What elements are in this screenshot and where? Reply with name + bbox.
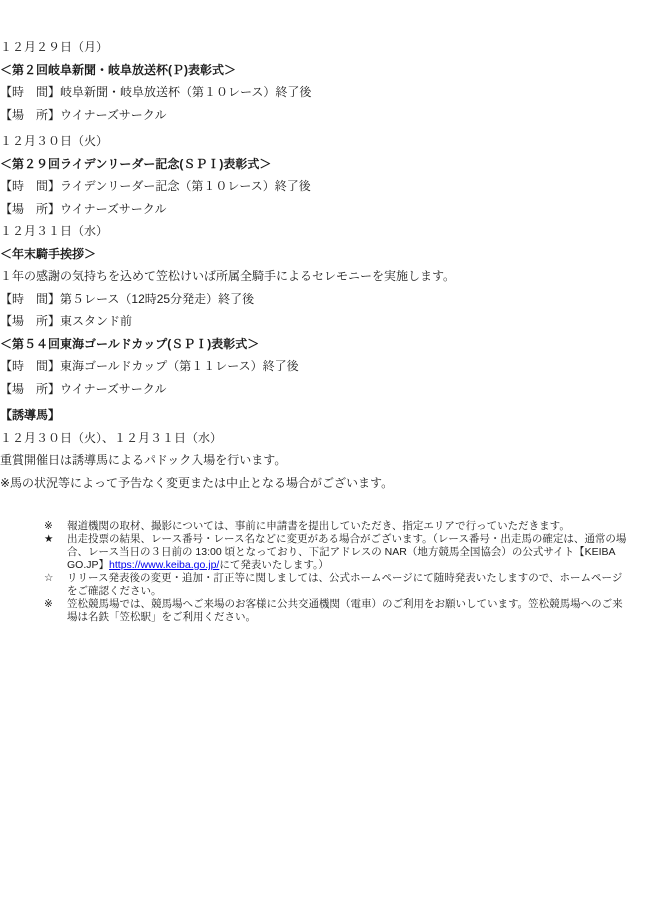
- event-title: ＜年末騎手挨拶＞: [0, 243, 648, 266]
- event-time: 【時 間】ライデンリーダー記念（第１０レース）終了後: [0, 175, 648, 198]
- note-item: ★ 出走投票の結果、レース番号・レース名などに変更がある場合がございます。（レー…: [44, 533, 628, 572]
- guide-horse-dates: １２月３０日（火）、１２月３１日（水）: [0, 427, 648, 450]
- event-title: ＜第２９回ライデンリーダー記念(ＳＰＩ)表彰式＞: [0, 153, 648, 176]
- note-marker: ★: [44, 533, 67, 546]
- keiba-link[interactable]: https://www.keiba.go.jp/: [109, 559, 219, 571]
- guide-horse-line: ※馬の状況等によって予告なく変更または中止となる場合がございます。: [0, 472, 648, 495]
- event-time: 【時 間】東海ゴールドカップ（第１１レース）終了後: [0, 355, 648, 378]
- event-block-dec30: １２月３０日（火） ＜第２９回ライデンリーダー記念(ＳＰＩ)表彰式＞ 【時 間】…: [0, 130, 648, 220]
- note-text: 出走投票の結果、レース番号・レース名などに変更がある場合がございます。（レース番…: [67, 533, 628, 572]
- note-text-after: にて発表いたします。）: [219, 559, 328, 571]
- note-marker: ※: [44, 598, 67, 611]
- event-title: ＜第２回岐阜新聞・岐阜放送杯(Ｐ)表彰式＞: [0, 59, 648, 82]
- event-block-tokai-gold-cup: ＜第５４回東海ゴールドカップ(ＳＰＩ)表彰式＞ 【時 間】東海ゴールドカップ（第…: [0, 333, 648, 401]
- note-marker: ※: [44, 520, 67, 533]
- note-text: 報道機関の取材、撮影については、事前に申請書を提出していただき、指定エリアで行っ…: [67, 520, 628, 533]
- event-date: １２月３１日（水）: [0, 220, 648, 243]
- event-date: １２月３０日（火）: [0, 130, 648, 153]
- event-block-dec31-greeting: １２月３１日（水） ＜年末騎手挨拶＞ １年の感謝の気持ちを込めて笠松けいば所属全…: [0, 220, 648, 333]
- document-page: １２月２９日（月） ＜第２回岐阜新聞・岐阜放送杯(Ｐ)表彰式＞ 【時 間】岐阜新…: [0, 0, 648, 917]
- event-place: 【場 所】ウイナーズサークル: [0, 104, 648, 127]
- note-marker: ☆: [44, 572, 67, 585]
- note-text: 笠松競馬場では、競馬場へご来場のお客様に公共交通機関（電車）のご利用をお願いして…: [67, 598, 628, 624]
- event-block-dec29: １２月２９日（月） ＜第２回岐阜新聞・岐阜放送杯(Ｐ)表彰式＞ 【時 間】岐阜新…: [0, 36, 648, 126]
- guide-horse-section: 【誘導馬】 １２月３０日（火）、１２月３１日（水） 重賞開催日は誘導馬によるパド…: [0, 404, 648, 494]
- event-place: 【場 所】ウイナーズサークル: [0, 198, 648, 221]
- event-time: 【時 間】第５レース（12時25分発走）終了後: [0, 288, 648, 311]
- event-place: 【場 所】東スタンド前: [0, 310, 648, 333]
- guide-horse-heading: 【誘導馬】: [0, 404, 648, 427]
- event-description: １年の感謝の気持ちを込めて笠松けいば所属全騎手によるセレモニーを実施します。: [0, 265, 648, 288]
- notes-section: ※ 報道機関の取材、撮影については、事前に申請書を提出していただき、指定エリアで…: [44, 520, 628, 624]
- event-date: １２月２９日（月）: [0, 36, 648, 59]
- event-place: 【場 所】ウイナーズサークル: [0, 378, 648, 401]
- note-item: ☆ リリース発表後の変更・追加・訂正等に関しましては、公式ホームページにて随時発…: [44, 572, 628, 598]
- event-time: 【時 間】岐阜新聞・岐阜放送杯（第１０レース）終了後: [0, 81, 648, 104]
- note-item: ※ 笠松競馬場では、競馬場へご来場のお客様に公共交通機関（電車）のご利用をお願い…: [44, 598, 628, 624]
- note-text: リリース発表後の変更・追加・訂正等に関しましては、公式ホームページにて随時発表い…: [67, 572, 628, 598]
- guide-horse-line: 重賞開催日は誘導馬によるパドック入場を行います。: [0, 449, 648, 472]
- note-item: ※ 報道機関の取材、撮影については、事前に申請書を提出していただき、指定エリアで…: [44, 520, 628, 533]
- event-title: ＜第５４回東海ゴールドカップ(ＳＰＩ)表彰式＞: [0, 333, 648, 356]
